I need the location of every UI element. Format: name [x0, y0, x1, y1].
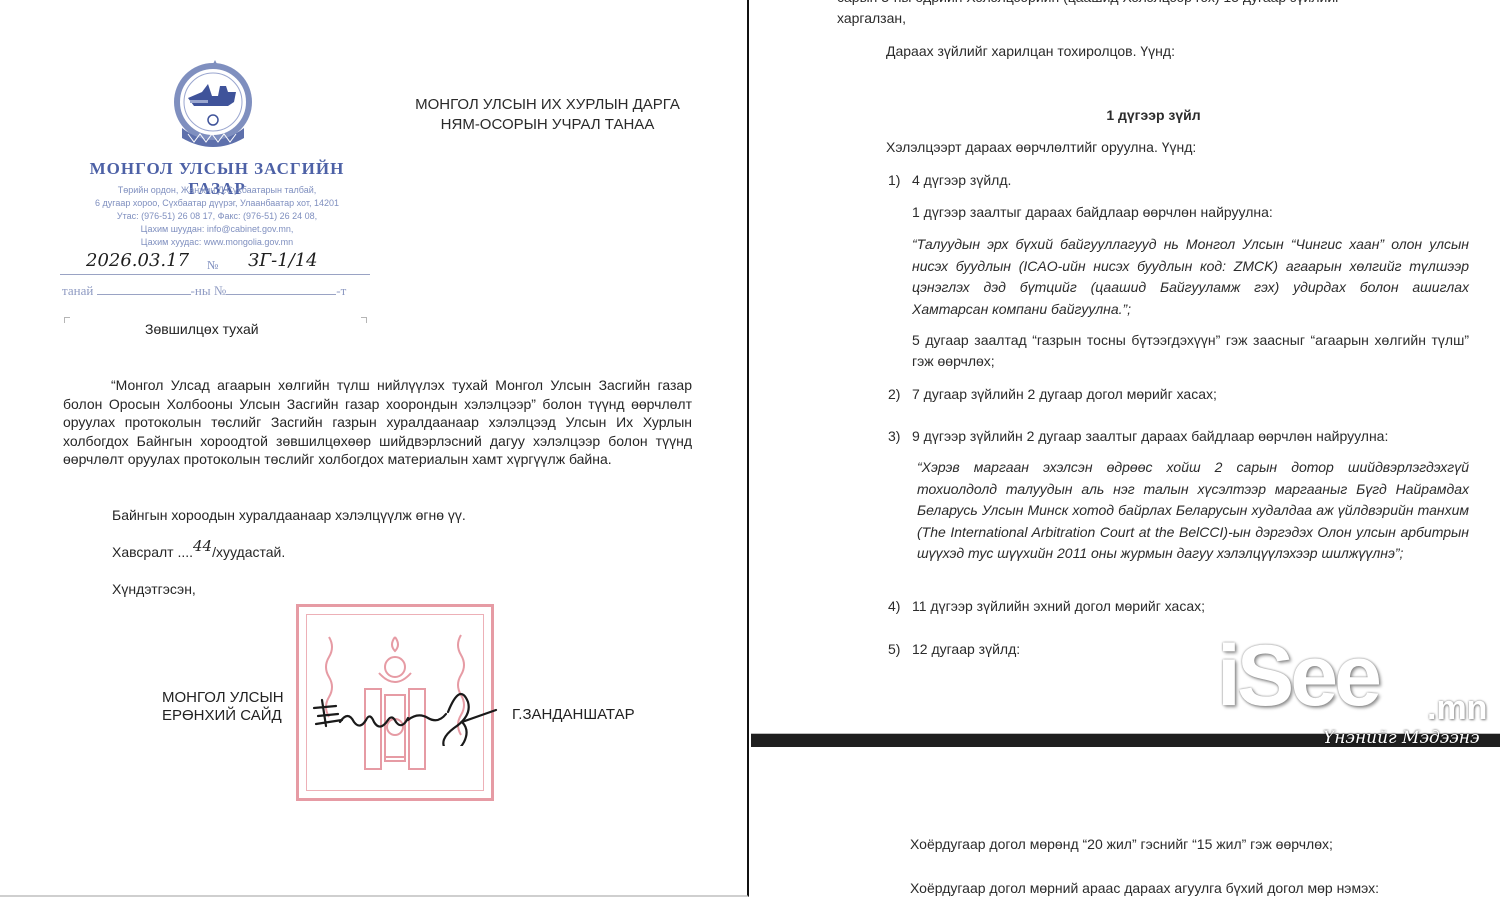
- address-line: 6 дугаар хороо, Сүхбаатар дүүрэг, Улаанб…: [62, 197, 372, 210]
- watermark-tld: .mn: [1427, 689, 1487, 728]
- handwritten-date: 2026.03.17: [86, 250, 189, 271]
- item1-quote: “Талуудын эрх бүхий байгууллагууд нь Мон…: [912, 234, 1469, 320]
- subject-corner-mark: [361, 317, 367, 323]
- letter-body: “Монгол Улсад агаарын хөлгийн түлш нийлү…: [63, 376, 692, 469]
- list-item: 5)12 дугаар зүйлд:: [888, 639, 1020, 660]
- isee-watermark-logo: iSee .mn Үнэнийг Мэдээнэ: [1215, 645, 1495, 760]
- clipped-line: харгалзан,: [837, 8, 1477, 29]
- number-label: №: [207, 258, 218, 273]
- amendment-intro: Хэлэлцээрт дараах өөрчлөлтийг оруулна. Ү…: [886, 137, 1196, 158]
- handwritten-signature: [308, 686, 498, 751]
- recipient-line: МОНГОЛ УЛСЫН ИХ ХУРЛЫН ДАРГА: [395, 95, 700, 115]
- list-item: 3)9 дүгээр зүйлийн 2 дугаар заалтыг дара…: [888, 426, 1388, 447]
- attachment-suffix: хуудастай.: [216, 544, 285, 560]
- subject-corner-mark: [64, 317, 70, 323]
- watermark-slogan: Үнэнийг Мэдээнэ: [1323, 728, 1480, 748]
- reference-blank: [97, 285, 191, 295]
- letter-recipient: МОНГОЛ УЛСЫН ИХ ХУРЛЫН ДАРГА НЯМ-ОСОРЫН …: [395, 95, 700, 135]
- list-item-number: 1): [888, 170, 912, 191]
- item3-quote: “Хэрэв маргаан эхэлсэн өдрөөс хойш 2 сар…: [917, 457, 1469, 565]
- list-item-text: 7 дугаар зүйлийн 2 дугаар догол мөрийг х…: [912, 386, 1217, 402]
- list-item: 1)4 дүгээр зүйлд.: [888, 170, 1011, 191]
- letter-page: МОНГОЛ УЛСЫН ЗАСГИЙН ГАЗАР Төрийн ордон,…: [0, 0, 749, 897]
- letter-subject: Зөвшилцөх тухай: [145, 321, 259, 337]
- agreement-intro: Дараах зүйлийг харилцан тохиролцов. Үүнд…: [886, 41, 1175, 62]
- signer-title: МОНГОЛ УЛСЫН ЕРӨНХИЙ САЙД: [162, 689, 284, 725]
- recipient-line: НЯМ-ОСОРЫН УЧРАЛ ТАНАА: [395, 115, 700, 135]
- amendment-line: Хоёрдугаар догол мөрөнд “20 жил” гэснийг…: [910, 836, 1333, 852]
- letter-closing: Хүндэтгэсэн,: [112, 581, 196, 597]
- item1-subclause: 1 дүгээр заалтыг дараах байдлаар өөрчлөн…: [912, 202, 1273, 223]
- watermark-logo-text: iSee: [1217, 627, 1378, 726]
- item1-clause5: 5 дугаар заалтад “газрын тосны бүтээгдэх…: [912, 330, 1469, 372]
- clipped-preceding-text: сарын 3-ны өдрийн Хэлэлцээрийн (цаашид Х…: [837, 0, 1477, 29]
- list-item: 4)11 дүгээр зүйлийн эхний догол мөрийг х…: [888, 596, 1205, 617]
- attachment-note: Хавсралт ....44/хуудастай.: [112, 543, 285, 561]
- list-item-text: 9 дүгээр зүйлийн 2 дугаар заалтыг дараах…: [912, 428, 1388, 444]
- reference-middle: -ны №: [191, 283, 227, 298]
- list-item: 2)7 дугаар зүйлийн 2 дугаар догол мөрийг…: [888, 384, 1217, 405]
- list-item-text: 4 дүгээр зүйлд.: [912, 172, 1011, 188]
- reference-row: танай -ны №-т: [62, 283, 372, 299]
- state-emblem-icon: [168, 56, 258, 156]
- handwritten-number: ЗГ-1/14: [248, 250, 318, 271]
- agreement-page: сарын 3-ны өдрийн Хэлэлцээрийн (цаашид Х…: [751, 0, 1500, 733]
- signer-title-line: ЕРӨНХИЙ САЙД: [162, 707, 284, 725]
- list-item-number: 2): [888, 384, 912, 405]
- date-underline: [60, 274, 370, 275]
- date-number-row: 2026.03.17 № ЗГ-1/14: [60, 250, 370, 276]
- list-item-number: 3): [888, 426, 912, 447]
- government-address: Төрийн ордон, Жанжин Д.Сүхбаатарын талба…: [62, 184, 372, 249]
- attachment-pages: 44: [193, 537, 212, 555]
- agreement-page-continued: Хоёрдугаар догол мөрөнд “20 жил” гэснийг…: [751, 747, 1500, 900]
- signer-title-line: МОНГОЛ УЛСЫН: [162, 689, 284, 707]
- signer-name: Г.ЗАНДАНШАТАР: [512, 706, 635, 723]
- article-heading: 1 дүгээр зүйл: [751, 105, 1500, 126]
- address-line: Цахим хуудас: www.mongolia.gov.mn: [62, 236, 372, 249]
- reference-suffix: -т: [336, 283, 346, 298]
- list-item-number: 5): [888, 639, 912, 660]
- address-line: Цахим шуудан: info@cabinet.gov.mn,: [62, 223, 372, 236]
- attachment-prefix: Хавсралт ....: [112, 544, 193, 560]
- list-item-text: 11 дүгээр зүйлийн эхний догол мөрийг хас…: [912, 598, 1205, 614]
- list-item-text: 12 дугаар зүйлд:: [912, 641, 1020, 657]
- reference-prefix: танай: [62, 283, 93, 298]
- address-line: Утас: (976-51) 26 08 17, Факс: (976-51) …: [62, 210, 372, 223]
- reference-number-blank: [226, 285, 336, 295]
- list-item-number: 4): [888, 596, 912, 617]
- address-line: Төрийн ордон, Жанжин Д.Сүхбаатарын талба…: [62, 184, 372, 197]
- letter-request: Байнгын хороодын хуралдаанаар хэлэлцүүлж…: [112, 507, 466, 523]
- clipped-line: сарын 3-ны өдрийн Хэлэлцээрийн (цаашид Х…: [837, 0, 1477, 8]
- amendment-line: Хоёрдугаар догол мөрний араас дараах агу…: [910, 880, 1379, 896]
